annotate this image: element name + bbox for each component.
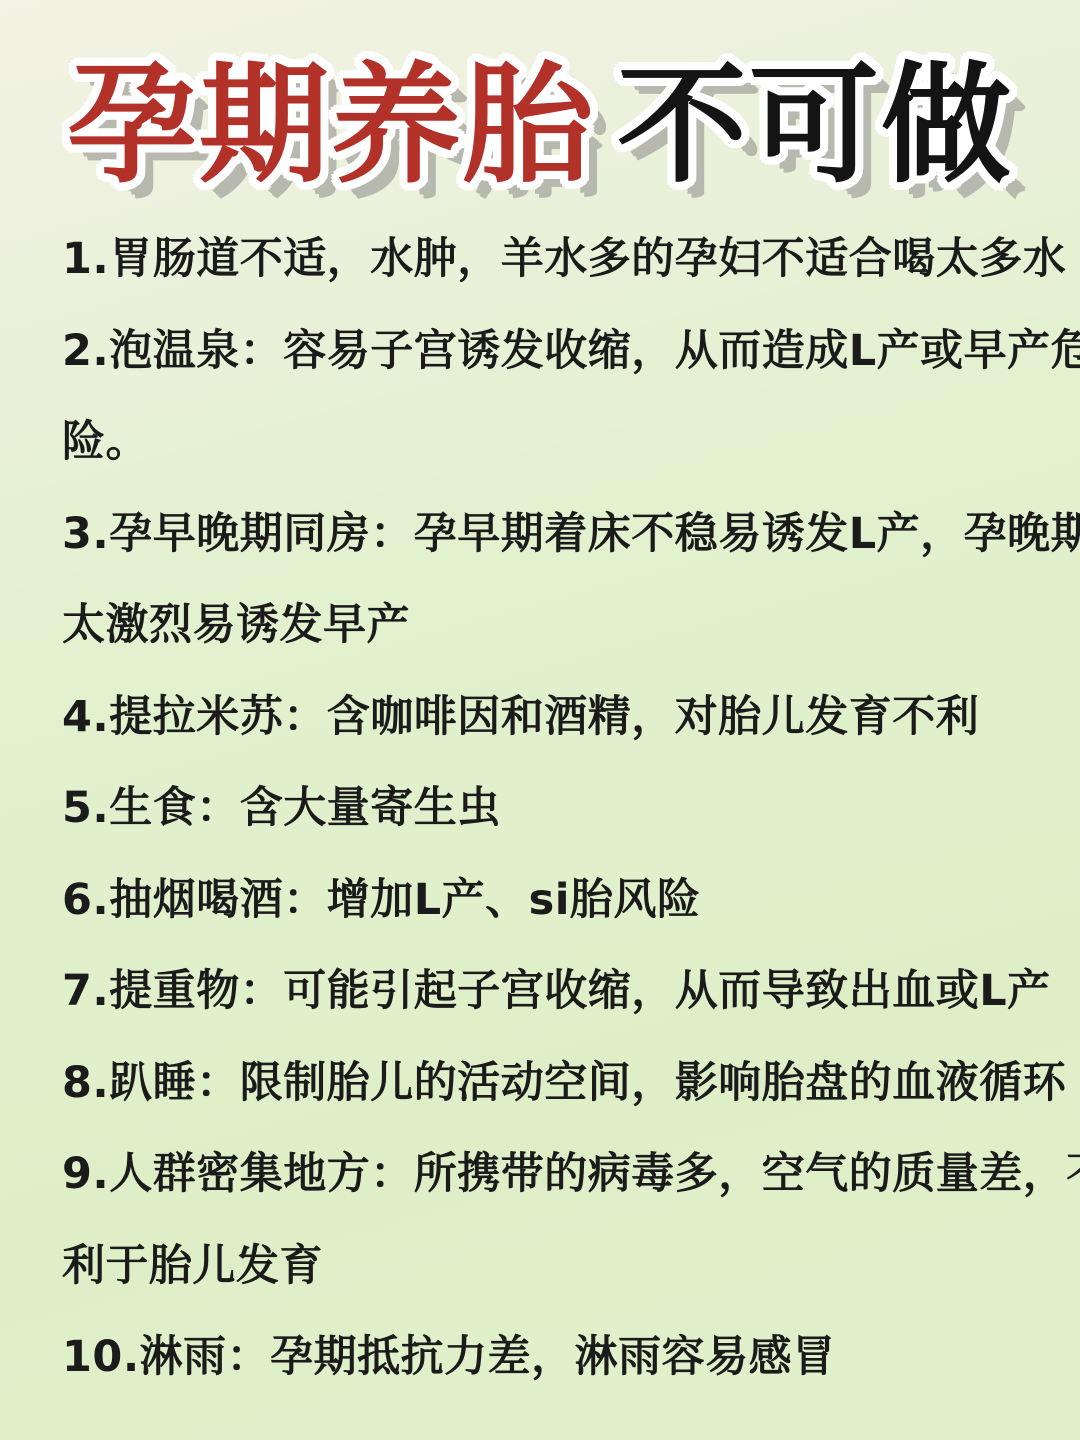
title-black-text: 不可做 xyxy=(617,42,1013,208)
list-line: 险。 xyxy=(0,393,1080,485)
list-line: 7.提重物：可能引起子宫收缩，从而导致出血或L产 xyxy=(0,942,1080,1034)
list-line: 10.淋雨：孕期抵抗力差，淋雨容易感冒 xyxy=(0,1308,1080,1400)
infographic-page: 孕期养胎不可做 1.胃肠道不适，水肿，羊水多的孕妇不适合喝太多水 2.泡温泉：容… xyxy=(0,0,1080,1440)
list-line: 5.生食：含大量寄生虫 xyxy=(0,759,1080,851)
list-line: 8.趴睡：限制胎儿的活动空间，影响胎盘的血液循环 xyxy=(0,1034,1080,1126)
list-line: 6.抽烟喝酒：增加L产、si胎风险 xyxy=(0,851,1080,943)
content-list: 1.胃肠道不适，水肿，羊水多的孕妇不适合喝太多水 2.泡温泉：容易子宫诱发收缩，… xyxy=(0,210,1080,1400)
list-line: 1.胃肠道不适，水肿，羊水多的孕妇不适合喝太多水 xyxy=(0,210,1080,302)
list-line: 4.提拉米苏：含咖啡因和酒精，对胎儿发育不利 xyxy=(0,668,1080,760)
title-red-text: 孕期养胎 xyxy=(67,42,595,208)
list-line: 利于胎儿发育 xyxy=(0,1217,1080,1309)
list-line: 9.人群密集地方：所携带的病毒多，空气的质量差，不 xyxy=(0,1125,1080,1217)
list-line: 3.孕早晚期同房：孕早期着床不稳易诱发L产，孕晚期 xyxy=(0,485,1080,577)
list-line: 太激烈易诱发早产 xyxy=(0,576,1080,668)
page-title: 孕期养胎不可做 xyxy=(0,42,1080,208)
list-line: 2.泡温泉：容易子宫诱发收缩，从而造成L产或早产危 xyxy=(0,302,1080,394)
